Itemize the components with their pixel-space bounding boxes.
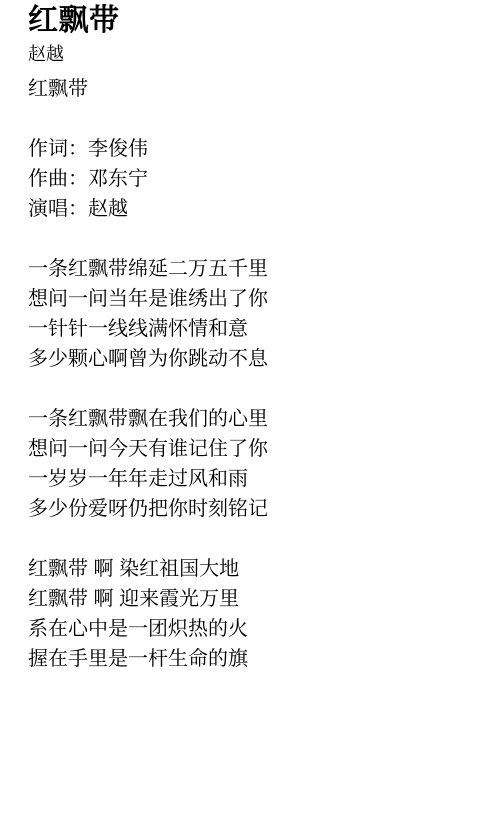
lyric-line: 一条红飘带飘在我们的心里 xyxy=(28,404,480,434)
lyrics-body: 红飘带作词：李俊伟作曲：邓东宁演唱：赵越一条红飘带绵延二万五千里想问一问当年是谁… xyxy=(28,74,480,674)
lyric-line: 红飘带 啊 染红祖国大地 xyxy=(28,554,480,584)
lyric-line: 一针针一线线满怀情和意 xyxy=(28,314,480,344)
lyric-line: 想问一问当年是谁绣出了你 xyxy=(28,284,480,314)
lyric-line xyxy=(28,374,480,404)
lyric-line: 想问一问今天有谁记住了你 xyxy=(28,434,480,464)
lyric-line: 多少颗心啊曾为你跳动不息 xyxy=(28,344,480,374)
lyric-line: 系在心中是一团炽热的火 xyxy=(28,614,480,644)
lyric-line: 红飘带 xyxy=(28,74,480,104)
lyric-line: 作词：李俊伟 xyxy=(28,134,480,164)
lyric-line xyxy=(28,524,480,554)
lyric-line xyxy=(28,224,480,254)
lyric-line: 演唱：赵越 xyxy=(28,194,480,224)
lyric-line: 多少份爱呀仍把你时刻铭记 xyxy=(28,494,480,524)
lyric-line: 红飘带 啊 迎来霞光万里 xyxy=(28,584,480,614)
lyric-line: 作曲：邓东宁 xyxy=(28,164,480,194)
lyrics-page: 红飘带 赵越 红飘带作词：李俊伟作曲：邓东宁演唱：赵越一条红飘带绵延二万五千里想… xyxy=(0,0,500,820)
lyric-line xyxy=(28,104,480,134)
artist-name: 赵越 xyxy=(28,39,480,69)
song-title: 红飘带 xyxy=(28,3,480,39)
lyric-line: 一岁岁一年年走过风和雨 xyxy=(28,464,480,494)
lyric-line: 一条红飘带绵延二万五千里 xyxy=(28,254,480,284)
lyric-line: 握在手里是一杆生命的旗 xyxy=(28,644,480,674)
